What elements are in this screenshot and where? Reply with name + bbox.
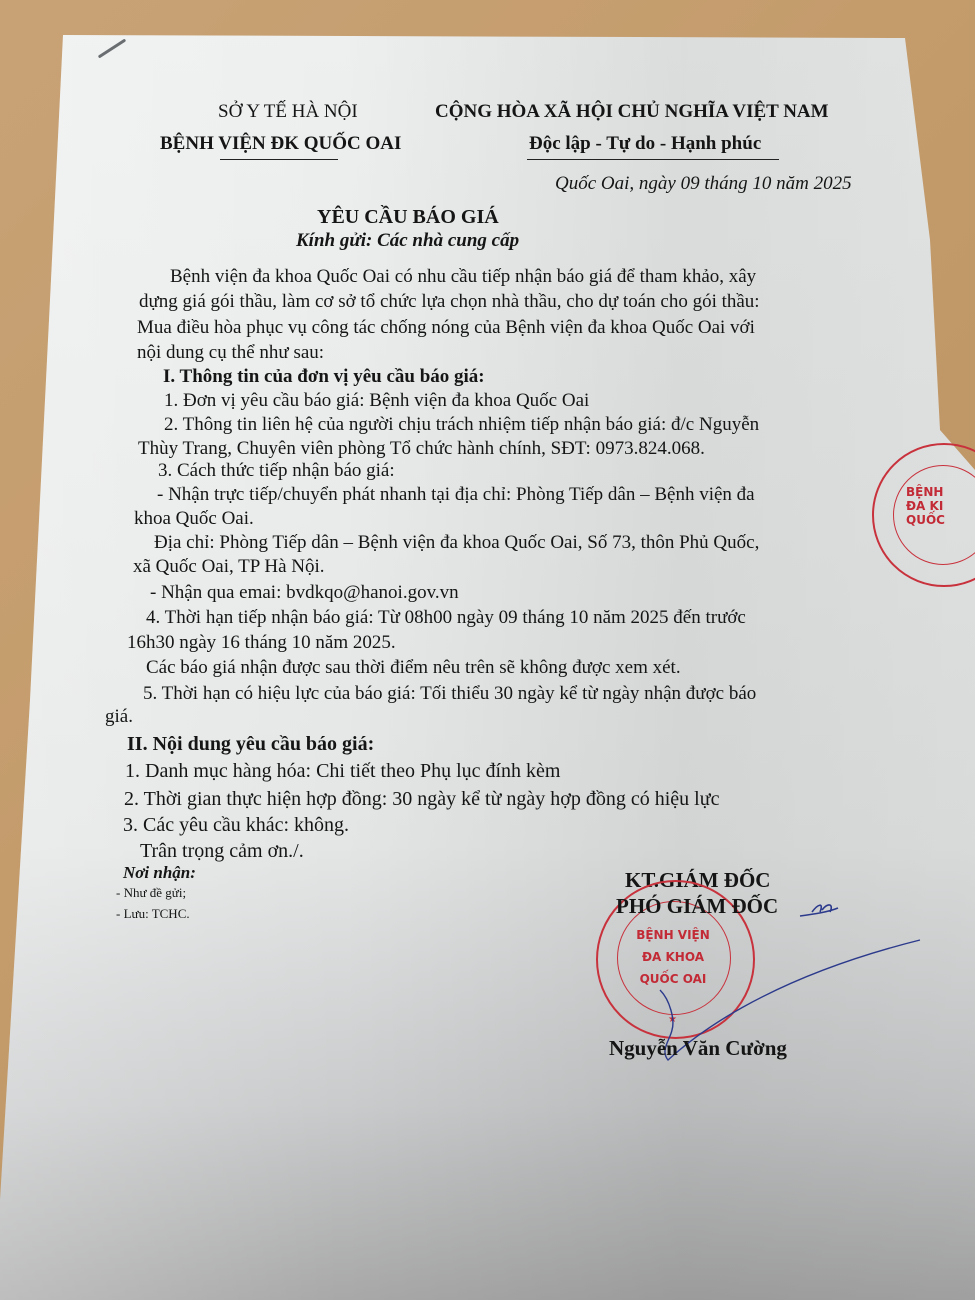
section1-heading: I. Thông tin của đơn vị yêu cầu báo giá: <box>163 366 485 388</box>
section1-line: khoa Quốc Oai. <box>134 508 254 530</box>
hospital-name: BỆNH VIỆN ĐK QUỐC OAI <box>160 133 401 155</box>
section1-line: 4. Thời hạn tiếp nhận báo giá: Từ 08h00 … <box>146 607 746 629</box>
section1-line: giá. <box>105 706 133 728</box>
section1-line: xã Quốc Oai, TP Hà Nội. <box>133 556 325 578</box>
agency-name: SỞ Y TẾ HÀ NỘI <box>218 101 358 123</box>
section2-item: 3. Các yêu cầu khác: không. <box>123 814 349 836</box>
intro-line: nội dung cụ thể như sau: <box>137 342 324 364</box>
document-title: YÊU CẦU BÁO GIÁ <box>317 206 499 228</box>
document-date: Quốc Oai, ngày 09 tháng 10 năm 2025 <box>555 173 852 195</box>
addressee: Kính gửi: Các nhà cung cấp <box>296 230 519 252</box>
recipient-item: - Như đề gửi; <box>116 885 186 901</box>
section1-line: Thùy Trang, Chuyên viên phòng Tổ chức hà… <box>138 438 705 460</box>
section1-line: 1. Đơn vị yêu cầu báo giá: Bệnh viện đa … <box>164 390 589 412</box>
section2-item: 2. Thời gian thực hiện hợp đồng: 30 ngày… <box>124 788 719 810</box>
recipients-heading: Nơi nhận: <box>123 862 196 884</box>
intro-line: Bệnh viện đa khoa Quốc Oai có nhu cầu ti… <box>170 266 756 288</box>
section1-line: 16h30 ngày 16 tháng 10 năm 2025. <box>127 632 396 654</box>
email-line: - Nhận qua emai: bvdkqo@hanoi.gov.vn <box>150 582 459 604</box>
section2-heading: II. Nội dung yêu cầu báo giá: <box>127 733 374 755</box>
section1-line: Các báo giá nhận được sau thời điểm nêu … <box>146 657 681 679</box>
section1-line: 5. Thời hạn có hiệu lực của báo giá: Tối… <box>143 683 756 705</box>
hospital-underline <box>220 159 338 160</box>
national-title: CỘNG HÒA XÃ HỘI CHỦ NGHĨA VIỆT NAM <box>435 101 829 123</box>
signer-name: Nguyễn Văn Cường <box>609 1037 787 1059</box>
section1-line: 2. Thông tin liên hệ của người chịu trác… <box>164 414 759 436</box>
partial-stamp-text: BỆNHĐA KIQUỐC <box>906 485 945 527</box>
intro-line: dựng giá gói thầu, làm cơ sở tổ chức lựa… <box>139 291 760 313</box>
section1-line: 3. Cách thức tiếp nhận báo giá: <box>158 460 395 482</box>
section1-line: Địa chỉ: Phòng Tiếp dân – Bệnh viện đa k… <box>154 532 759 554</box>
section1-line: - Nhận trực tiếp/chuyển phát nhanh tại đ… <box>157 484 755 506</box>
motto-underline <box>527 159 779 160</box>
national-motto: Độc lập - Tự do - Hạnh phúc <box>529 133 761 155</box>
section2-item: 1. Danh mục hàng hóa: Chi tiết theo Phụ … <box>125 760 561 782</box>
recipient-item: - Lưu: TCHC. <box>116 906 190 922</box>
closing-line: Trân trọng cảm ơn./. <box>140 840 304 862</box>
intro-line: Mua điều hòa phục vụ công tác chống nóng… <box>137 317 755 339</box>
